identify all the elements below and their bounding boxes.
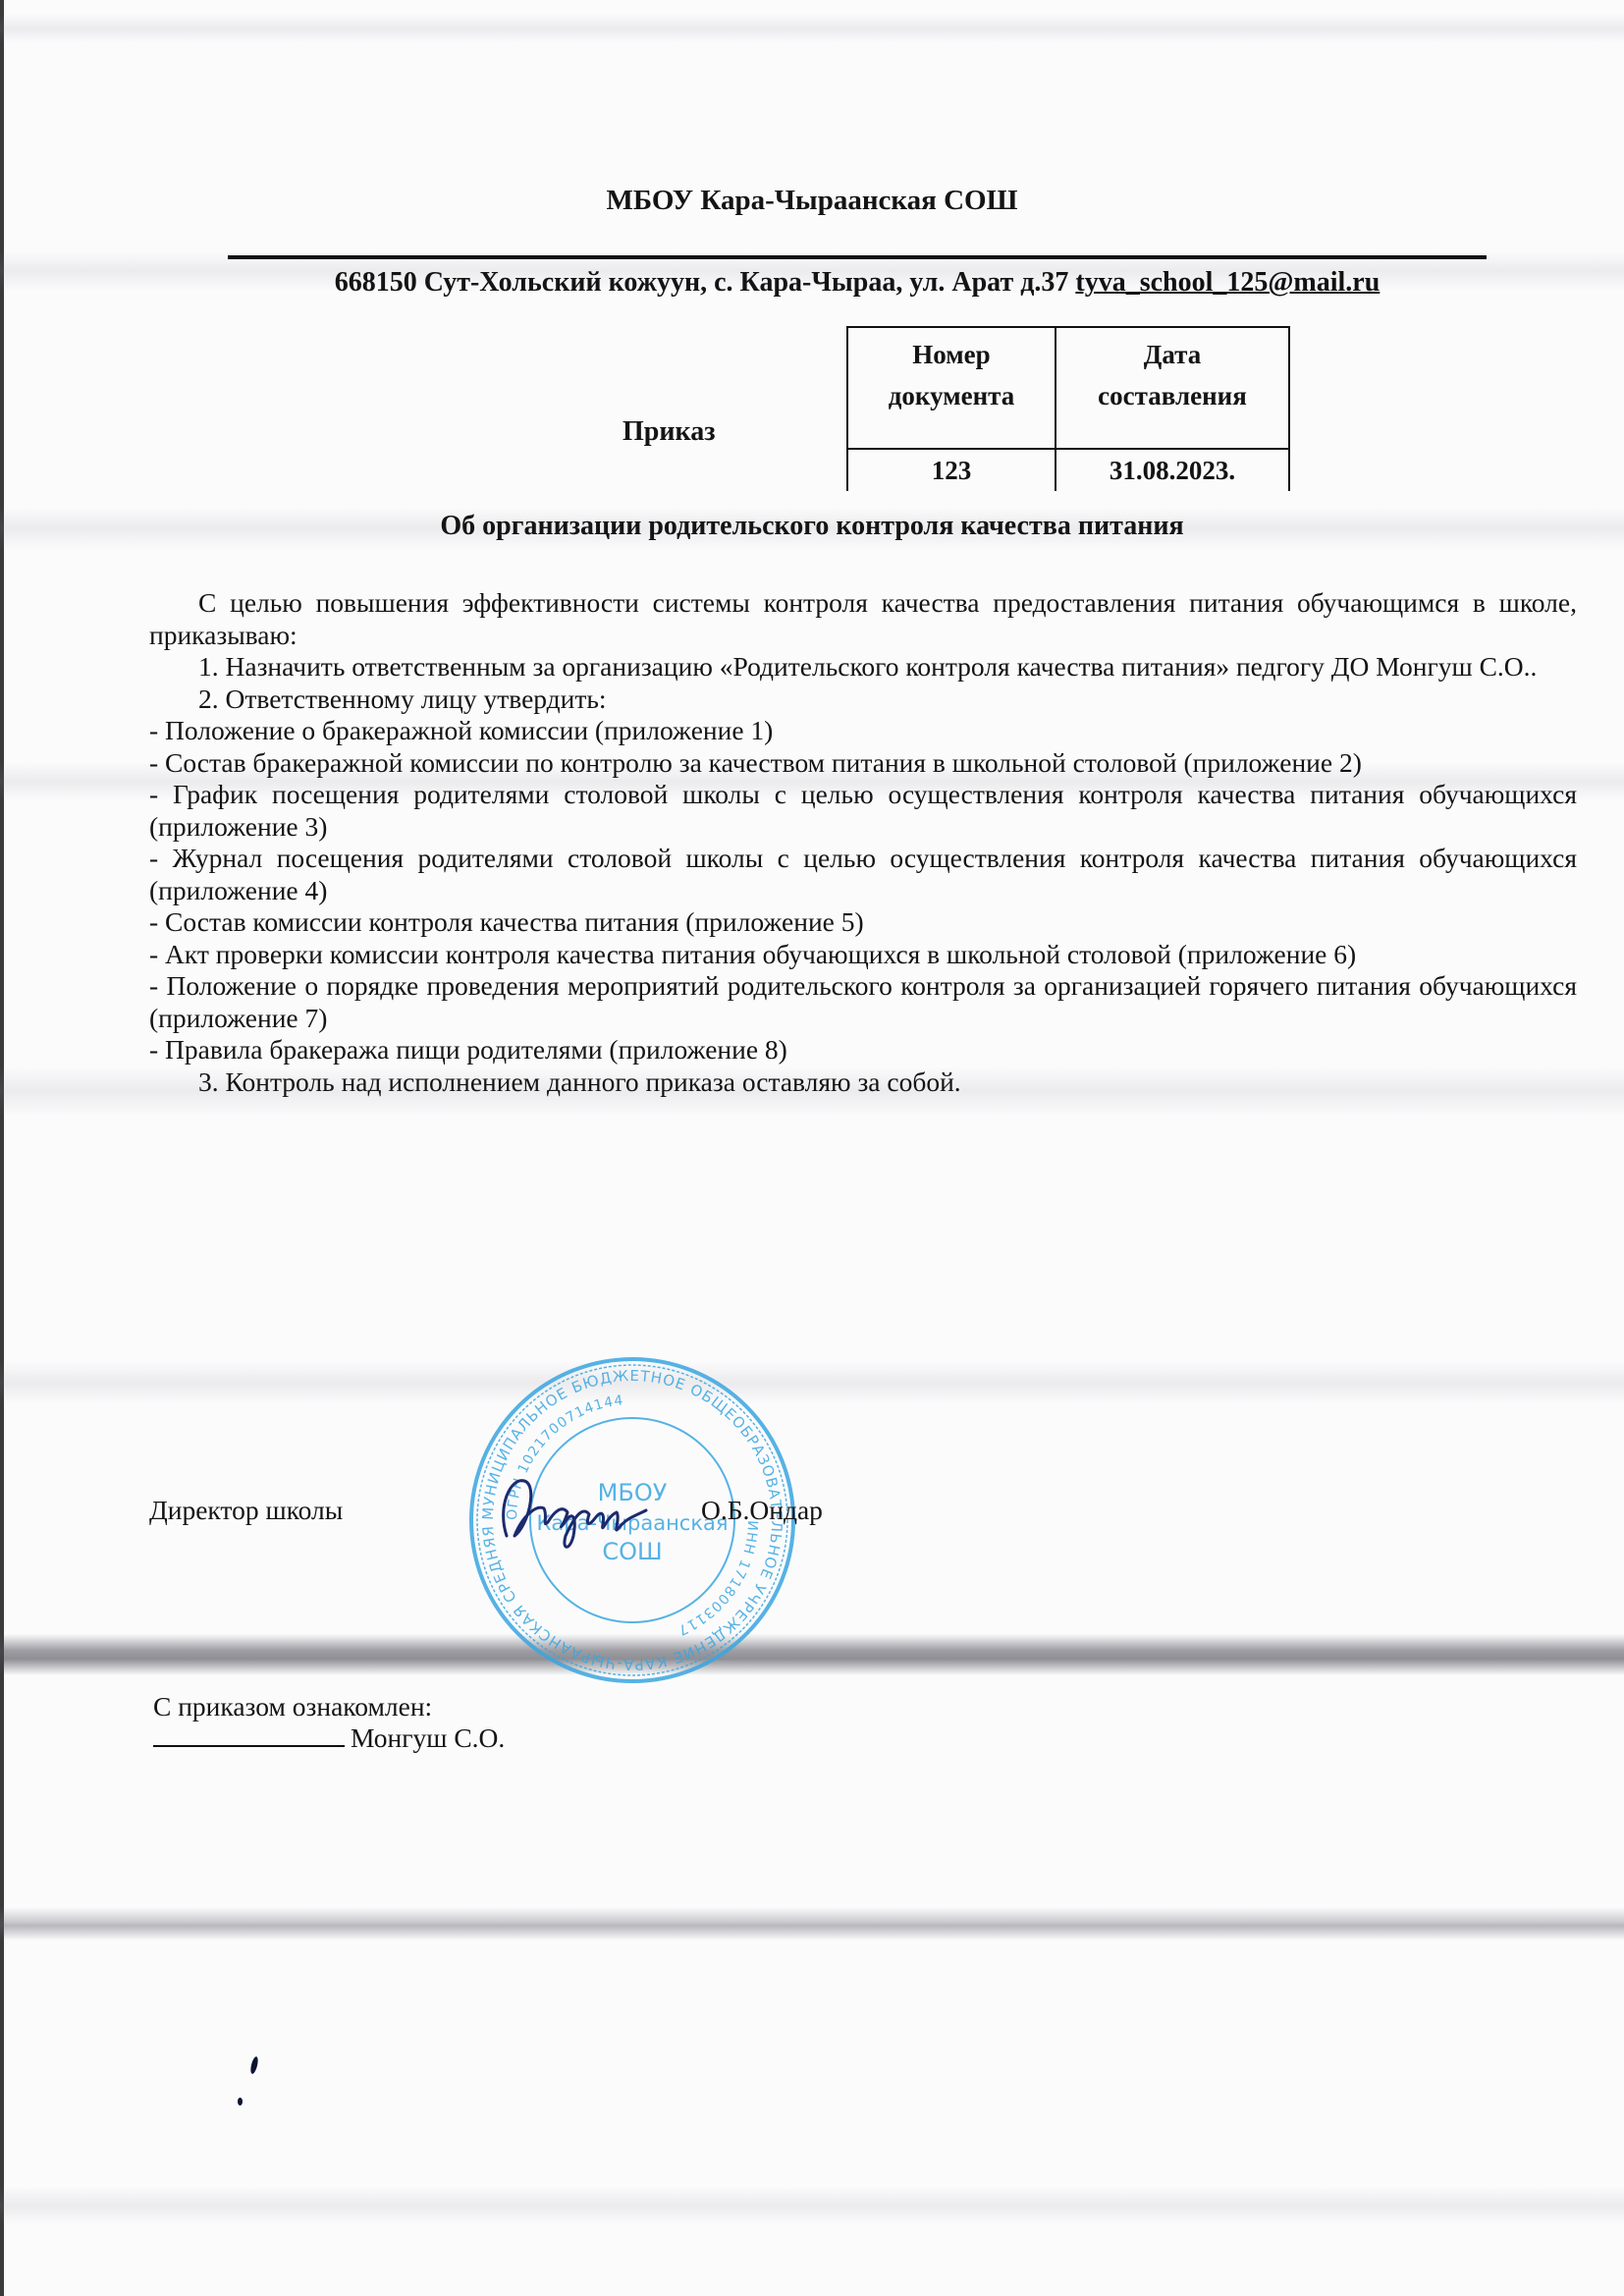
order-label: Приказ (623, 416, 715, 448)
header-divider (228, 255, 1487, 259)
appendix-item: - График посещения родителями столовой ш… (149, 779, 1577, 843)
appendix-item: - Правила бракеража пищи родителями (при… (149, 1034, 1577, 1066)
appendix-item: - Положение о бракеражной комиссии (прил… (149, 715, 1577, 747)
scan-artifact-band (0, 14, 1624, 43)
order-item-3: 3. Контроль над исполнением данного прик… (149, 1066, 1577, 1099)
doc-number-value: 123 (847, 449, 1056, 491)
doc-date-value: 31.08.2023. (1056, 449, 1289, 491)
scan-artifact-band (0, 1907, 1624, 1941)
acknowledgement-signature-line: Монгуш С.О. (153, 1722, 505, 1754)
acknowledgement-label: С приказом ознакомлен: (153, 1691, 505, 1722)
address-text: 668150 Сут-Хольский кожуун, с. Кара-Чыра… (335, 267, 1076, 298)
appendix-item: - Состав бракеражной комиссии по контрол… (149, 747, 1577, 780)
acknowledged-person: Монгуш С.О. (351, 1722, 505, 1753)
signature-blank-line (153, 1723, 345, 1747)
signatory-title: Директор школы (149, 1495, 343, 1526)
email-link[interactable]: tyva_school_125@mail.ru (1075, 267, 1380, 298)
signature-block: Директор школы О.Б.Ондар (149, 1495, 935, 1534)
appendix-item: - Состав комиссии контроля качества пита… (149, 906, 1577, 939)
signatory-name: О.Б.Ондар (701, 1495, 823, 1526)
organization-address: 668150 Сут-Хольский кожуун, с. Кара-Чыра… (228, 267, 1487, 299)
handwritten-signature (493, 1467, 650, 1556)
order-item-1: 1. Назначить ответственным за организаци… (149, 651, 1577, 683)
organization-title: МБОУ Кара-Чыраанская СОШ (0, 185, 1624, 217)
intro-paragraph: С целью повышения эффективности системы … (149, 587, 1577, 651)
document-heading: Об организации родительского контроля ка… (0, 511, 1624, 542)
appendix-item: - Акт проверки комиссии контроля качеств… (149, 939, 1577, 971)
appendix-item: - Журнал посещения родителями столовой ш… (149, 843, 1577, 906)
order-item-2: 2. Ответственному лицу утвердить: (149, 683, 1577, 716)
acknowledgement-block: С приказом ознакомлен: Монгуш С.О. (153, 1691, 505, 1754)
scan-artifact-band (0, 1361, 1624, 1404)
document-meta-table: Номердокумента Датасоставления 123 31.08… (846, 326, 1290, 491)
column-header-doc-date: Датасоставления (1056, 327, 1289, 449)
scan-artifact-band (0, 1634, 1624, 1675)
ink-speck (238, 2098, 243, 2105)
ink-speck (249, 2056, 259, 2075)
scan-left-edge (0, 0, 4, 2296)
scan-artifact-band (0, 2186, 1624, 2225)
appendix-item: - Положение о порядке проведения меропри… (149, 970, 1577, 1034)
document-body: С целью повышения эффективности системы … (149, 587, 1577, 1098)
column-header-doc-number: Номердокумента (847, 327, 1056, 449)
